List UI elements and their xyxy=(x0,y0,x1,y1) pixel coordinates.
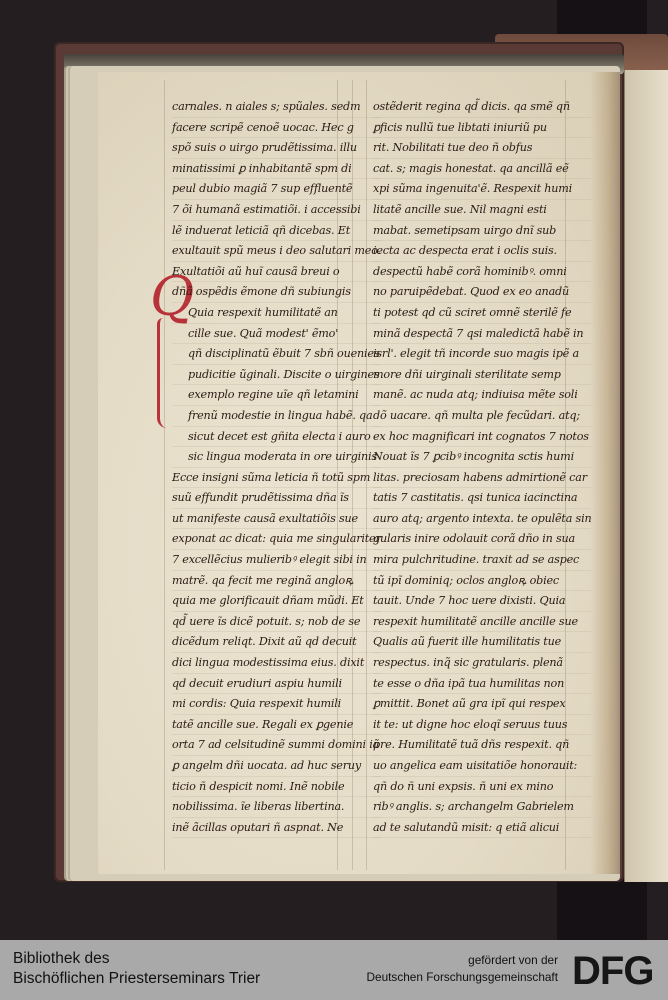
manuscript-line: qd̃ uere ĩs dicẽ potuit. s; nob de se xyxy=(172,612,381,633)
manuscript-line: suũ effundit prudẽtissima dña ĩs xyxy=(172,488,381,509)
manuscript-line: cat. s; magis honestat. qa ancillã eẽ xyxy=(373,159,591,180)
manuscript-line: ex hoc magnificari int cognatos 7 notos xyxy=(373,427,591,448)
manuscript-line: qd decuit erudiuri aspiu humili xyxy=(172,674,381,695)
manuscript-line: minã despectã 7 qsi maledictã habẽ in xyxy=(373,324,591,345)
manuscript-image-viewer: Q carnales. n aiales s; spũales. sedmfac… xyxy=(0,0,668,940)
manuscript-line: despectũ habẽ corã hominibꝰ. omni xyxy=(373,262,591,283)
manuscript-line: more dñi uirginali sterilitate semp xyxy=(373,365,591,386)
funding-notice: gefördert von der Deutschen Forschungsge… xyxy=(367,952,558,986)
manuscript-line: Qualis aũ fuerit ille humilitatis tue xyxy=(373,632,591,653)
manuscript-line: matrẽ. qa fecit me reginã angloꝶ xyxy=(172,571,381,592)
manuscript-line: ut manifeste causã exultatiõis sue xyxy=(172,509,381,530)
manuscript-line: spõ suis o uirgo prudẽtissima. illu xyxy=(172,138,381,159)
manuscript-line: cille sue. Quã modest' ẽmo' xyxy=(172,324,381,345)
manuscript-line: pre. Humilitatẽ tuã dñs respexit. qñ xyxy=(373,735,591,756)
manuscript-line: qñ disciplinatũ ẽbuit 7 sbñ ouenies xyxy=(172,344,381,365)
left-text-column: carnales. n aiales s; spũales. sedmfacer… xyxy=(172,97,381,838)
manuscript-line: inẽ ãcillas oputari ñ aspnat. Ne xyxy=(172,818,381,839)
manuscript-line: litatẽ ancille sue. Nil magni esti xyxy=(373,200,591,221)
manuscript-line: Exultatiõi aũ huĩ causã breui o xyxy=(172,262,381,283)
ruling-line xyxy=(164,80,165,870)
library-line-2: Bischöflichen Priesterseminars Trier xyxy=(13,969,260,989)
manuscript-line: orta 7 ad celsitudinẽ summi domini iã xyxy=(172,735,381,756)
manuscript-line: dici lingua modestissima eius. dixit xyxy=(172,653,381,674)
manuscript-line: ad te salutandũ misit: q etiã alicui xyxy=(373,818,591,839)
manuscript-line: frenũ modestie in lingua habẽ. qa xyxy=(172,406,381,427)
manuscript-line: sic lingua moderata in ore uirginis xyxy=(172,447,381,468)
manuscript-line: auro atq; argento intexta. te opulẽta si… xyxy=(373,509,591,530)
manuscript-line: mira pulchritudine. traxit ad se aspec xyxy=(373,550,591,571)
manuscript-line: exponat ac dicat: quia me singulariter xyxy=(172,529,381,550)
manuscript-line: exemplo regine uĩe qñ letamini xyxy=(172,385,381,406)
manuscript-line: exultauit spũ meus i deo salutari meo. xyxy=(172,241,381,262)
manuscript-line: tauit. Unde 7 hoc uere dixisti. Quia xyxy=(373,591,591,612)
manuscript-line: quia me glorificauit dñam mũdi. Et xyxy=(172,591,381,612)
manuscript-line: dicẽdum reliqt. Dixit aũ qd decuit xyxy=(172,632,381,653)
gutter-shadow xyxy=(590,72,620,874)
manuscript-line: dñã ospẽdis ẽmone dñ subiungis xyxy=(172,282,381,303)
manuscript-line: ribꝰ anglis. s; archangelm Gabrielem xyxy=(373,797,591,818)
funding-line-2: Deutschen Forschungsgemeinschaft xyxy=(367,969,558,986)
manuscript-line: respectus. inq̃ sic gratularis. plenã xyxy=(373,653,591,674)
manuscript-line: nobilissima. ĩe liberas libertina. xyxy=(172,797,381,818)
manuscript-line: uo angelica eam uisitatiõe honorauit: xyxy=(373,756,591,777)
manuscript-line: gularis inire odolauit corã dño in sua xyxy=(373,529,591,550)
manuscript-line: pudicitie ũginali. Discite o uirgines xyxy=(172,365,381,386)
library-line-1: Bibliothek des xyxy=(13,949,260,969)
manuscript-line: litas. preciosam habens admirtionẽ car xyxy=(373,468,591,489)
manuscript-line: iecta ac despecta erat i oclis suis. xyxy=(373,241,591,262)
initial-flourish xyxy=(157,318,168,428)
manuscript-line: Quia respexit humilitatẽ an xyxy=(172,303,381,324)
manuscript-line: mi cordis: Quia respexit humili xyxy=(172,694,381,715)
manuscript-line: respexit humilitatẽ ancille ancille sue xyxy=(373,612,591,633)
manuscript-line: it te: ut digne hoc eloqĩ seruus tuus xyxy=(373,715,591,736)
manuscript-line: ostẽderit regina qd̃ dicis. qa smẽ qñ xyxy=(373,97,591,118)
manuscript-line: ti potest qd cũ sciret omnẽ sterilẽ fe xyxy=(373,303,591,324)
manuscript-line: 7 excellẽcius mulieribꝰ elegit sibi in xyxy=(172,550,381,571)
manuscript-line: Ecce insigni sũma leticia ñ totũ spm xyxy=(172,468,381,489)
dfg-logo: DFG xyxy=(572,954,653,988)
manuscript-line: tatis 7 castitatis. qsi tunica iacinctin… xyxy=(373,488,591,509)
manuscript-line: te esse o dña ipã tua humilitas non xyxy=(373,674,591,695)
manuscript-line: minatissimi ꝑ inhabitantẽ spm di xyxy=(172,159,381,180)
manuscript-line: lẽ induerat leticiã qñ dicebas. Et xyxy=(172,221,381,242)
footer-banner: Bibliothek des Bischöflichen Priestersem… xyxy=(0,940,668,1000)
manuscript-line: rit. Nobilitati tue deo ñ obfus xyxy=(373,138,591,159)
manuscript-line: mabat. semetipsam uirgo dnĩ sub xyxy=(373,221,591,242)
manuscript-line: manẽ. ac nuda atq; indiuisa mẽte soli xyxy=(373,385,591,406)
facing-page-edge xyxy=(624,70,668,882)
manuscript-line: isrl'. elegit tñ incorde suo magis ipẽ a xyxy=(373,344,591,365)
manuscript-line: tatẽ ancille sue. Regali ex ꝑgenie xyxy=(172,715,381,736)
manuscript-line: no paruipẽdebat. Quod ex eo anadũ xyxy=(373,282,591,303)
manuscript-line: facere scripẽ cenoẽ uocac. Hec g xyxy=(172,118,381,139)
manuscript-line: dõ uacare. qñ multa ple fecũdari. atq; xyxy=(373,406,591,427)
manuscript-line: peul dubio magiã 7 sup effluentẽ xyxy=(172,179,381,200)
right-text-column: ostẽderit regina qd̃ dicis. qa smẽ qñꝑfi… xyxy=(373,97,591,838)
manuscript-line: carnales. n aiales s; spũales. sedm xyxy=(172,97,381,118)
library-name: Bibliothek des Bischöflichen Priestersem… xyxy=(13,949,260,989)
manuscript-line: ꝑmittit. Bonet aũ gra ipĩ qui respex xyxy=(373,694,591,715)
manuscript-line: ticio ñ despicit nomi. Inẽ nobile xyxy=(172,777,381,798)
manuscript-line: sicut decet est gñita electa i auro xyxy=(172,427,381,448)
funding-line-1: gefördert von der xyxy=(367,952,558,969)
manuscript-line: tũ ipĩ dominiq; oclos angloꝶ obiec xyxy=(373,571,591,592)
manuscript-line: qñ do ñ uni expsis. ñ uni ex mino xyxy=(373,777,591,798)
manuscript-line: ꝑficis nullũ tue libtati iniuriũ pu xyxy=(373,118,591,139)
manuscript-line: xpi sũma ingenuita'ẽ. Respexit humi xyxy=(373,179,591,200)
manuscript-line: Nouat ĩs 7 ꝑcibꝰ incognita sctis humi xyxy=(373,447,591,468)
manuscript-line: ꝑ angelm dñi uocata. ad huc seruy xyxy=(172,756,381,777)
manuscript-line: 7 õi humanã estimatiõi. i accessibi xyxy=(172,200,381,221)
